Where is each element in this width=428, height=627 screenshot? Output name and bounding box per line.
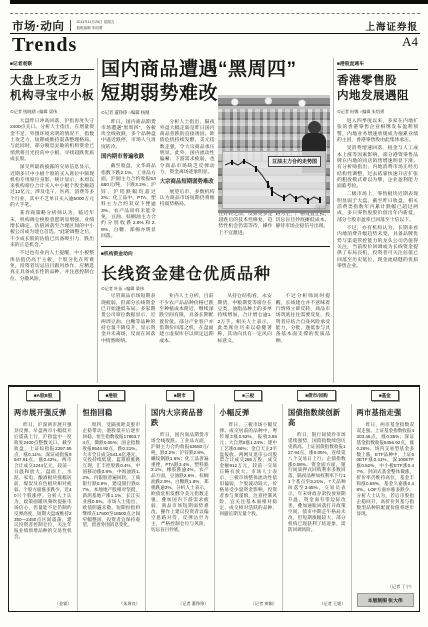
right-article-tag: ■港股直通车 bbox=[337, 60, 418, 70]
column-body: 昨日，两市基金指数双双走强。上证基金指数收报4303.46点，涨0.35%；深证… bbox=[357, 422, 415, 582]
column-headline: 恒指回稳 bbox=[83, 408, 141, 418]
paragraph: 二级市场上，零售板块近期表现明显弱于大盘。截至昨日收盘，相关消费类指数年内累计跌… bbox=[337, 192, 418, 224]
column-body: 昨日，银行间债券市场延续强势，国债指数续创历史新高。上证国债指数收报127.94… bbox=[288, 432, 346, 599]
column-body: 周四，受隔夜欧美股市企稳带动，港股低开后逐步回稳。恒生指数收报17863.74点… bbox=[83, 422, 141, 599]
market-roundup-block: ■A股B股 ■港股 ■期市 ■三板 ■债市/回购 ■基金 两市展开强反弹 昨日，… bbox=[8, 385, 420, 612]
column-byline: （记者 黄颖） bbox=[220, 601, 278, 607]
masthead-row-1: 市场·动向 2011年11月25日 星期五 值班编辑 朱绍勇 上海证券报 bbox=[12, 18, 418, 33]
section2-col-1: 尽管商品市场短期表现疲弱，但部分长线资金已开始逢低布局。多家期货公司席位数据显示… bbox=[101, 294, 155, 347]
masthead-row-2: Trends A4 bbox=[12, 35, 418, 55]
paragraph: 大盘昨日冲高回落，沪指再度失守2400点关口。分析人士指出，在增量资金不足、外围… bbox=[10, 119, 94, 163]
left-article-title-line1: 大盘上攻乏力 bbox=[10, 74, 94, 89]
column-rule-left bbox=[97, 58, 98, 383]
column-byline: （朱周良） bbox=[83, 601, 141, 607]
paragraph: 不过，亦有机构认为，长期来看内地消费升级趋势未变，具备品牌优势与渠道管控能力的龙… bbox=[337, 226, 418, 270]
section2-byline: ⊙记者 叶苗 ○编辑 梁伟 bbox=[101, 286, 330, 292]
paper-name: 上海证券报 bbox=[365, 19, 418, 33]
top-black-bar bbox=[10, 0, 428, 4]
column-byline: （记者 丁宁） bbox=[357, 584, 415, 590]
tab-cell: ■基金 bbox=[351, 390, 419, 401]
main-article: 国内商品遭遇“黑周四” 短期弱势难改 ⊙记者 董铮铮 ○编辑 杨刚 昨日，国内商… bbox=[101, 58, 330, 383]
market-col-futures: 国内大宗商品普跌 昨日，国内商品期货市场全线收跌。工业品方面，沪铜主力合约收报5… bbox=[145, 404, 214, 611]
column-headline: 两市展开强反弹 bbox=[14, 408, 72, 418]
left-article: ■记者观察 大盘上攻乏力 机构寻宝中小板 ⊙记者 钱晓涵 ○编辑 梁伟 大盘昨日… bbox=[10, 60, 94, 382]
paragraph: 受消费增速回落、租金与人工成本上涨等因素影响，部分港资零售品牌在内地的同店销售增… bbox=[337, 146, 418, 190]
tab-hk-stocks: ■港股 bbox=[98, 390, 126, 401]
tab-futures: ■期市 bbox=[166, 390, 194, 401]
section2-headline: 长线资金建仓优质品种 bbox=[101, 261, 330, 284]
main-article-subhead-2: 大宗商品短期弱势难改 bbox=[160, 179, 215, 186]
paragraph: 不过也有业内人士提醒，中小板整体估值仍高于主板，个股分化在所难免，投资者切忌盲目… bbox=[10, 251, 94, 283]
tab-cell: ■期市 bbox=[146, 390, 214, 401]
paragraph: 截至收盘，文华商品指数下跌2.1%。工业品方面，沪铜主力合约收报53680元/吨… bbox=[101, 164, 156, 240]
column-headline: 两市基指走强 bbox=[357, 408, 415, 418]
tab-third-board: ■三板 bbox=[234, 390, 262, 401]
section2: ■机构资金动向 长线资金建仓优质品种 ⊙记者 叶苗 ○编辑 梁伟 尽管商品市场短… bbox=[101, 246, 330, 347]
section-title-cn: 市场·动向 bbox=[12, 18, 64, 34]
tab-cell: ■三板 bbox=[214, 390, 282, 401]
tab-bonds-repo: ■债市/回购 bbox=[297, 390, 335, 401]
paragraph: 业内人士分析，目前不少农产品品种价格已跌至种植成本附近，继续深跌空间有限，具备长… bbox=[159, 294, 213, 345]
paragraph: 不过分析师同时提醒，长线建仓并不意味着行情将立即反转，商品市场筑底往往需要反复，… bbox=[276, 294, 330, 345]
tab-cell: ■债市/回购 bbox=[282, 390, 350, 401]
column-byline: （记者 王媛） bbox=[288, 601, 346, 607]
dotted-rule bbox=[10, 13, 420, 14]
futures-chart-overlay: 豆油主力合约走势图 bbox=[222, 151, 326, 209]
main-article-col-b: 分析人士指出，隔夜外盘大幅走弱是昨日国内商品普跌的直接诱因。欧债危机持续发酵，美… bbox=[160, 120, 215, 243]
tab-cell: ■港股 bbox=[77, 390, 145, 401]
column-headline: 国内大宗商品普跌 bbox=[151, 408, 209, 428]
section2-col-2: 业内人士分析，目前不少农产品品种价格已跌至种植成本附近，继续深跌空间有限，具备长… bbox=[159, 294, 213, 347]
market-col-funds: 两市基指走强 昨日，两市基金指数双双走强。上证基金指数收报4303.46点，涨0… bbox=[351, 404, 420, 611]
market-col-hk: 恒指回稳 周四，受隔夜欧美股市企稳带动，港股低开后逐步回稳。恒生指数收报1786… bbox=[77, 404, 146, 611]
date-line2: 值班编辑 朱绍勇 bbox=[76, 26, 102, 30]
tab-cell: ■A股B股 bbox=[9, 390, 77, 401]
left-article-tag: ■记者观察 bbox=[10, 60, 94, 70]
page-number: A4 bbox=[402, 35, 418, 49]
newspaper-page: 市场·动向 2011年11月25日 星期五 值班编辑 朱绍勇 上海证券报 Tre… bbox=[0, 0, 428, 627]
main-article-subhead-1: 国内期市普遍收跌 bbox=[101, 154, 156, 161]
photo-credit: 资料图 bbox=[316, 206, 327, 211]
column-headline: 国债指数续创新高 bbox=[288, 408, 346, 428]
page-graphics-credit: 本版制图 张大伟 bbox=[357, 593, 415, 607]
column-body: 昨日，三板市场小幅反弹。成交居前的品种中，粤传媒3涨0.52%，报收3.85元；… bbox=[220, 422, 278, 599]
supermarket-photo: 豆油主力合约走势图 资料图 bbox=[218, 95, 330, 213]
market-col-bonds: 国债指数续创新高 昨日，银行间债券市场延续强势，国债指数续创历史新高。上证国债指… bbox=[282, 404, 351, 611]
paragraph: 某券商策略分析师认为，临近年末，机构调仓换股意愿明显增强，业绩增长确定、估值回落… bbox=[10, 211, 94, 249]
paragraph: 深交所最新披露的交易信息显示，近期多只中小板个股的买入席位中频现机构专用席位身影… bbox=[10, 165, 94, 209]
column-byline: （金霖） bbox=[14, 601, 72, 607]
date-line1: 2011年11月25日 星期五 bbox=[76, 20, 114, 24]
chart-title-label: 豆油主力合约走势图 bbox=[268, 156, 321, 167]
left-article-title-line2: 机构寻宝中小板 bbox=[10, 89, 94, 104]
section2-col-4: 不过分析师同时提醒，长线建仓并不意味着行情将立即反转，商品市场筑底往往需要反复，… bbox=[276, 294, 330, 347]
paragraph: 进入四季度以来，多家在内地扩张的香港零售企业相继发布盈利预警，内地业务增速放缓成… bbox=[337, 119, 418, 144]
paragraph: 尽管商品市场短期表现疲弱，但部分长线资金已开始逢低布局。多家期货公司席位数据显示… bbox=[101, 294, 155, 345]
market-columns: 两市展开强反弹 昨日，沪深两市展开强劲反弹。早盘两市小幅低开后震荡上行，沪指盘中… bbox=[9, 404, 419, 611]
section-title-en: Trends bbox=[12, 35, 77, 55]
masthead-divider bbox=[70, 20, 71, 31]
section2-tag: ■机构资金动向 bbox=[101, 250, 330, 259]
market-col-a-shares: 两市展开强反弹 昨日，沪深两市展开强劲反弹。早盘两市小幅低开后震荡上行，沪指盘中… bbox=[9, 404, 77, 611]
right-article-body: 进入四季度以来，多家在内地扩张的香港零售企业相继发布盈利预警，内地业务增速放缓成… bbox=[337, 119, 418, 271]
tab-a-shares: ■A股B股 bbox=[26, 390, 61, 401]
paragraph: 分析人士指出，隔夜外盘大幅走弱是昨日国内商品普跌的直接诱因。欧债危机持续发酵，美… bbox=[160, 120, 215, 177]
left-article-body: 大盘昨日冲高回落，沪指再度失守2400点关口。分析人士指出，在增量资金不足、外围… bbox=[10, 119, 94, 283]
market-col-third-board: 小幅反弹 昨日，三板市场小幅反弹。成交居前的品种中，粤传媒3涨0.52%，报收3… bbox=[214, 404, 283, 611]
column-headline: 小幅反弹 bbox=[220, 408, 278, 418]
market-tabs-row: ■A股B股 ■港股 ■期市 ■三板 ■债市/回购 ■基金 bbox=[9, 390, 419, 401]
right-article: ■港股直通车 香港零售股 内地发展遇阻 ⊙记者 时娜 ○编辑 朱绍勇 进入四季度… bbox=[337, 60, 418, 382]
right-article-title-line2: 内地发展遇阻 bbox=[337, 89, 418, 104]
right-article-byline: ⊙记者 时娜 ○编辑 朱绍勇 bbox=[337, 109, 418, 115]
section2-col-3: 从持仓结构看，永安期货、中粮期货等席位在豆类、油脂品种上的多单持续增加，合计增仓… bbox=[218, 294, 272, 347]
left-article-byline: ⊙记者 钱晓涵 ○编辑 梁伟 bbox=[10, 109, 94, 115]
right-article-title-line1: 香港零售股 bbox=[337, 74, 418, 89]
main-article-col-a: 昨日，国内商品期货市场遭遇“黑周四”，各板块全线收跌，多个品种盘中逼近跌停，市场… bbox=[101, 120, 156, 243]
section2-columns: 尽管商品市场短期表现疲弱，但部分长线资金已开始逢低布局。多家期货公司席位数据显示… bbox=[101, 294, 330, 347]
column-byline: （记者 董铮铮） bbox=[151, 601, 209, 607]
main-headline-line1: 国内商品遭遇“黑周四” bbox=[101, 58, 330, 82]
column-body: 昨日，沪深两市展开强劲反弹。早盘两市小幅低开后震荡上行，沪指盘中一度收复2400… bbox=[14, 422, 72, 599]
tab-funds: ■基金 bbox=[371, 390, 399, 401]
column-rule-right bbox=[333, 58, 334, 383]
column-body: 昨日，国内商品期货市场全线收跌。工业品方面，沪铜主力合约收报53680元/吨，跌… bbox=[151, 432, 209, 599]
date-block: 2011年11月25日 星期五 值班编辑 朱绍勇 bbox=[76, 20, 114, 31]
paragraph: 展望后市，多数机构认为商品市场短期仍将维持弱势格局。 bbox=[160, 190, 215, 209]
paragraph: 从持仓结构看，永安期货、中粮期货等席位在豆类、油脂品种上的多单持续增加，合计增仓… bbox=[218, 294, 272, 345]
paragraph: 昨日，国内商品期货市场遭遇“黑周四”，各板块全线收跌，多个品种盘中逼近跌停，市场… bbox=[101, 120, 156, 152]
